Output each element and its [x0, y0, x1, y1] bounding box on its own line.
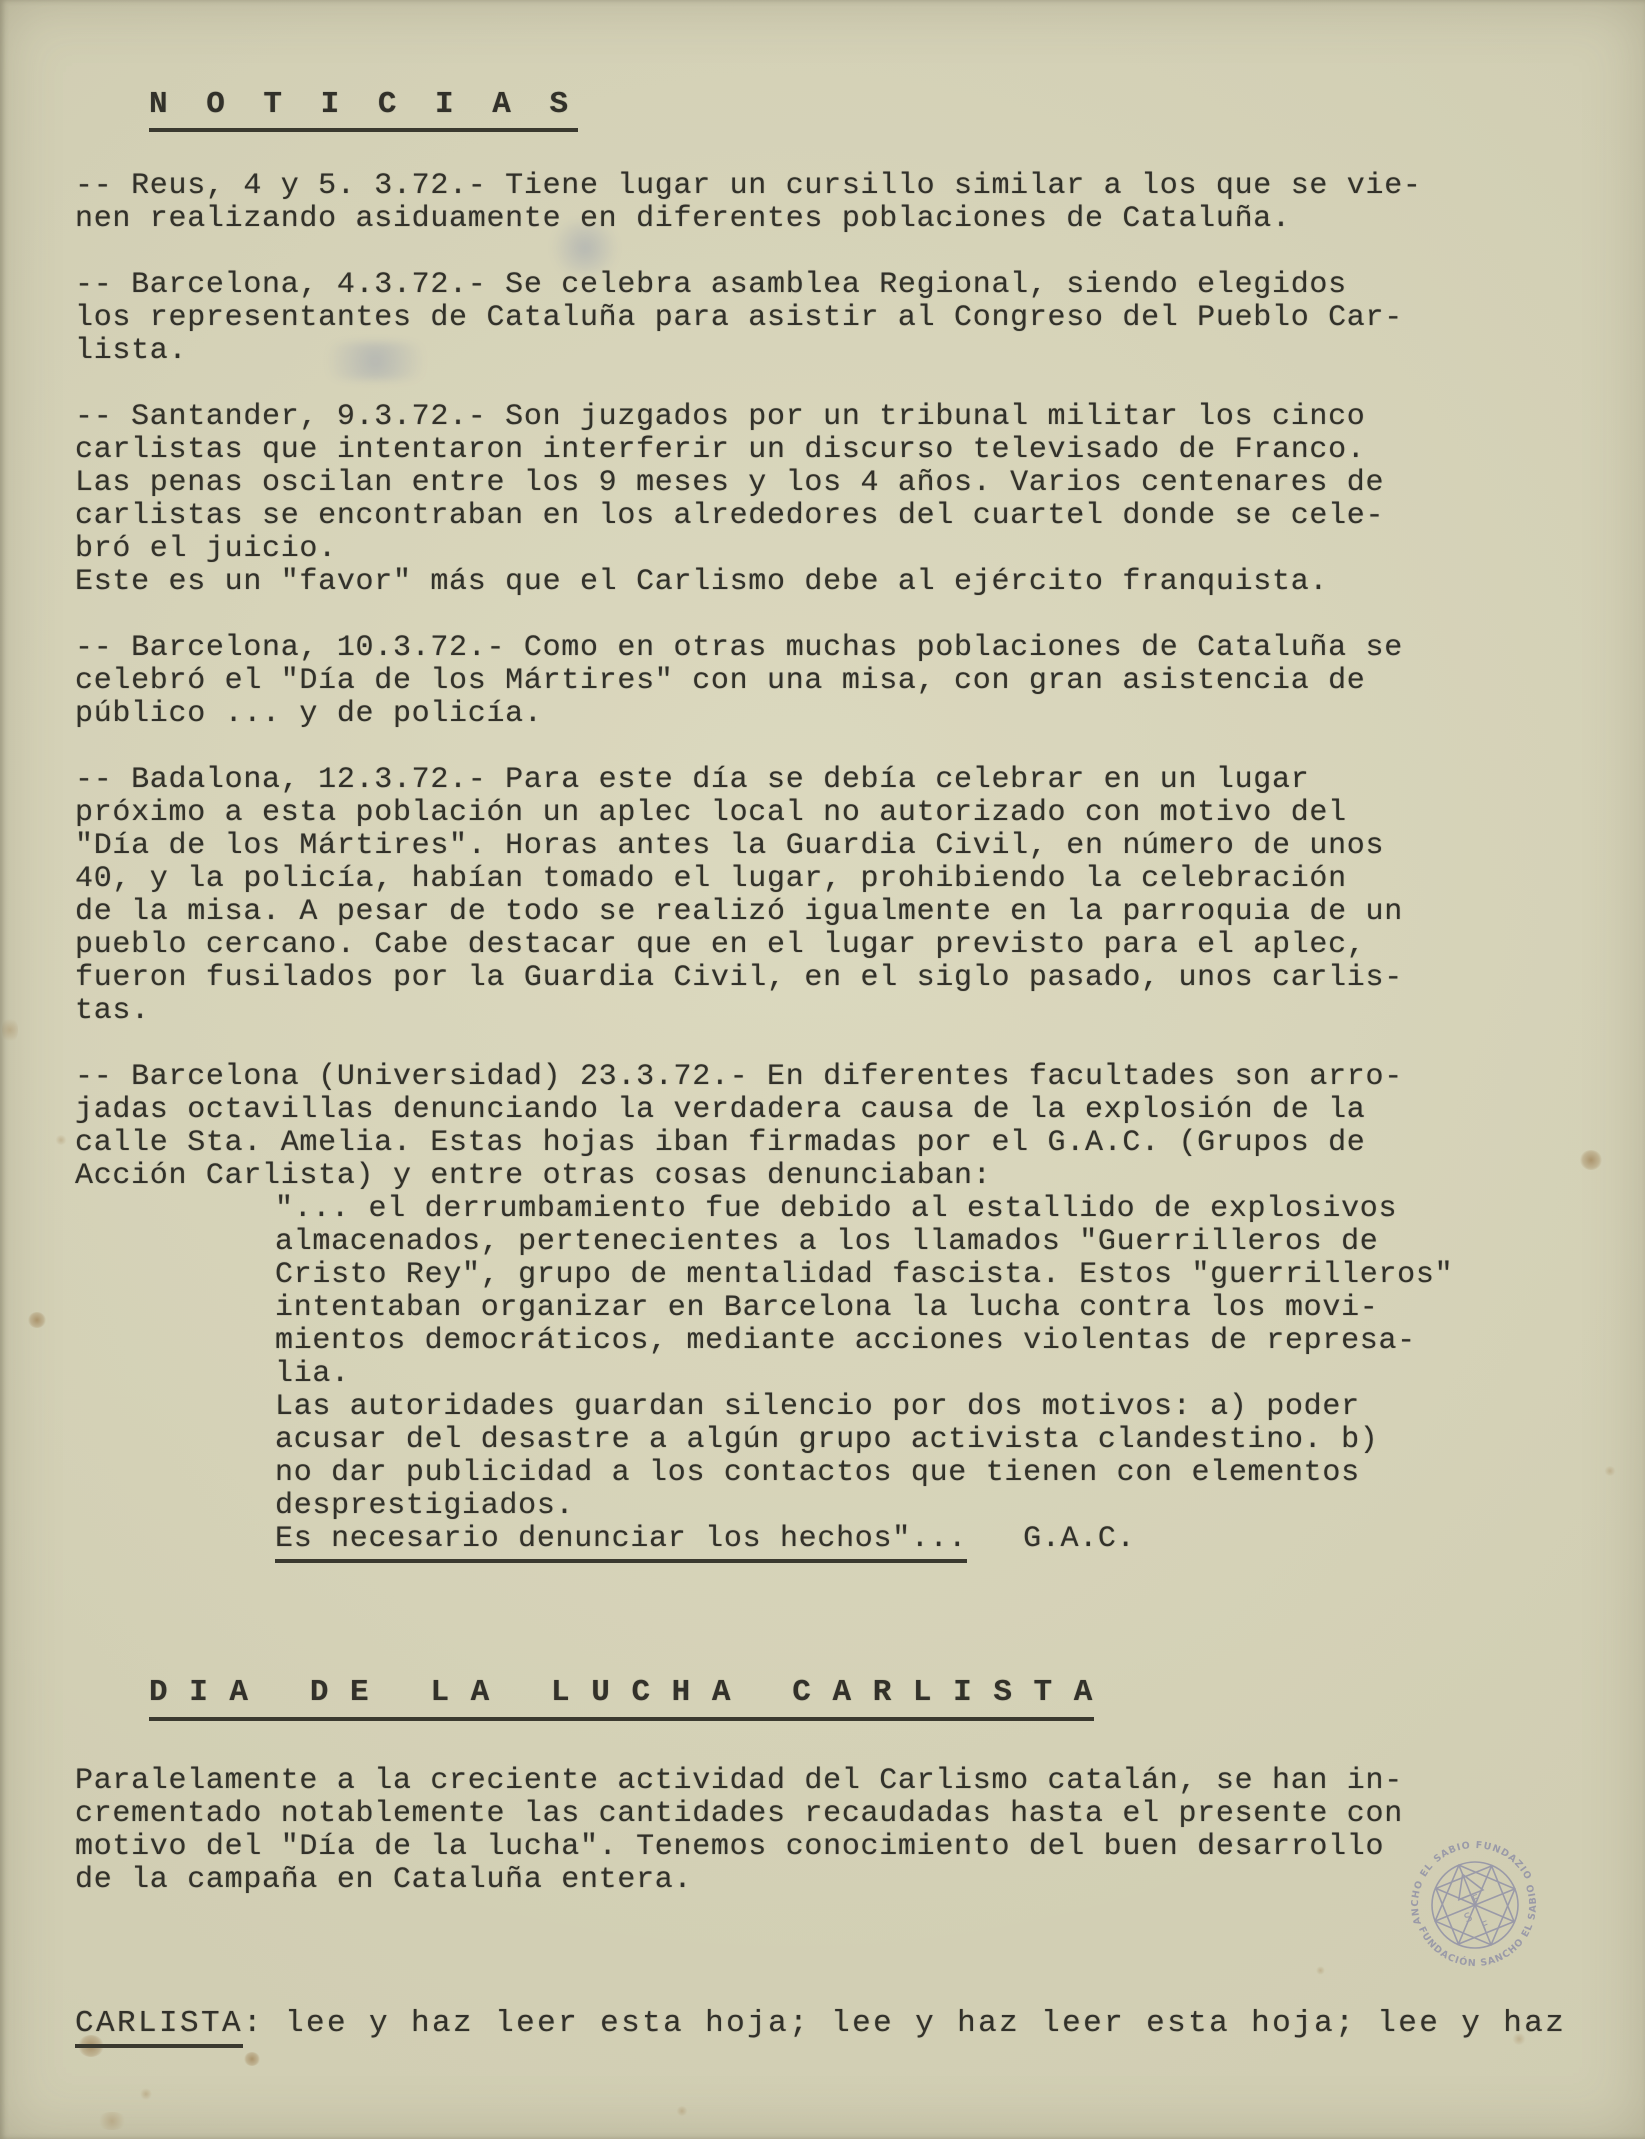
news-item-badalona: -- Badalona, 12.3.72.- Para este día se … — [75, 764, 1555, 1028]
news-item-barcelona-10-3: -- Barcelona, 10.3.72.- Como en otras mu… — [75, 632, 1555, 731]
section-title-dia-lucha: D I A D E L A L U C H A C A R L I S T A — [149, 1676, 1094, 1721]
quote-underlined-phrase: Es necesario denunciar los hechos"... — [275, 1522, 967, 1563]
footer-slogan-text: : lee y haz leer esta hoja; lee y haz le… — [243, 2006, 1566, 2041]
news-item-reus: -- Reus, 4 y 5. 3.72.- Tiene lugar un cu… — [75, 170, 1555, 236]
leaflet-quote: "... el derrumbamiento fue debido al est… — [275, 1193, 1555, 1523]
news-item-universidad: -- Barcelona (Universidad) 23.3.72.- En … — [75, 1061, 1555, 1193]
news-item-santander: -- Santander, 9.3.72.- Son juzgados por … — [75, 401, 1555, 599]
leaflet-quote-closing: Es necesario denunciar los hechos"... G.… — [275, 1523, 1555, 1556]
stain — [55, 1135, 67, 1145]
stain — [28, 1312, 46, 1328]
stain — [676, 2106, 688, 2116]
title-row: N O T I C I A S — [149, 88, 1555, 132]
stain — [96, 2112, 128, 2130]
document-content: N O T I C I A S -- Reus, 4 y 5. 3.72.- T… — [75, 88, 1555, 1930]
stamp-letter: F — [1480, 1918, 1492, 1934]
stain — [2, 1016, 18, 1044]
document-page: N O T I C I A S -- Reus, 4 y 5. 3.72.- T… — [0, 0, 1645, 2139]
news-item-barcelona-4-3: -- Barcelona, 4.3.72.- Se celebra asambl… — [75, 269, 1555, 368]
stain — [1580, 1150, 1602, 1170]
footer-slogan: CARLISTA: lee y haz leer esta hoja; lee … — [75, 2006, 1566, 2041]
stain — [140, 2088, 152, 2100]
section-title-noticias: N O T I C I A S — [149, 88, 578, 132]
quote-closing-signature: G.A.C. — [967, 1522, 1135, 1556]
stain — [1604, 1466, 1616, 1476]
dia-lucha-paragraph: Paralelamente a la creciente actividad d… — [75, 1765, 1555, 1897]
heading-row: D I A D E L A L U C H A C A R L I S T A — [149, 1676, 1555, 1721]
footer-lead-word: CARLISTA — [75, 2006, 243, 2048]
stain — [1316, 1966, 1325, 1975]
stain — [244, 2052, 260, 2066]
